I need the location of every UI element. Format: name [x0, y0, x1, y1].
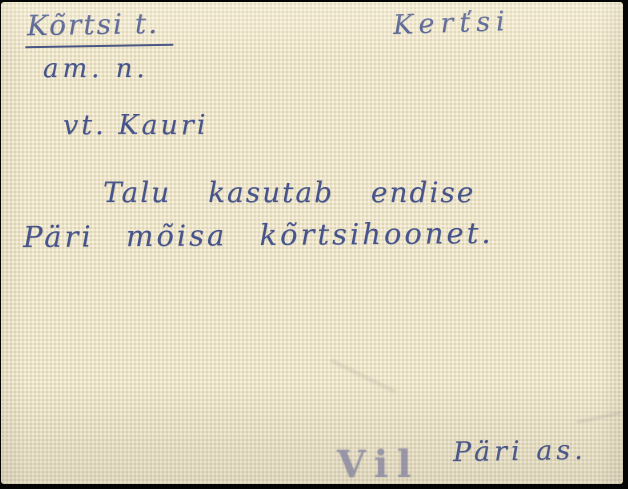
scan-background: Kõrtsi t. am. n. Kerťsi vt. Kauri Talu k…: [0, 0, 628, 489]
note-line-2: Päri mõisa kõrtsihoonet.: [23, 216, 494, 254]
dialect-keyword: Kerťsi: [392, 6, 511, 41]
card-annotation: am. n.: [43, 54, 149, 84]
archive-stamp: Vil: [337, 442, 420, 484]
place-note: Päri as.: [453, 435, 587, 468]
pencil-smudge: [330, 358, 396, 393]
card-title: Kõrtsi t.: [25, 7, 174, 49]
cross-reference: vt. Kauri: [63, 110, 208, 141]
note-line-1: Talu kasutab endise: [103, 176, 475, 209]
index-card: Kõrtsi t. am. n. Kerťsi vt. Kauri Talu k…: [1, 2, 623, 484]
corner-smudge: [576, 411, 622, 423]
